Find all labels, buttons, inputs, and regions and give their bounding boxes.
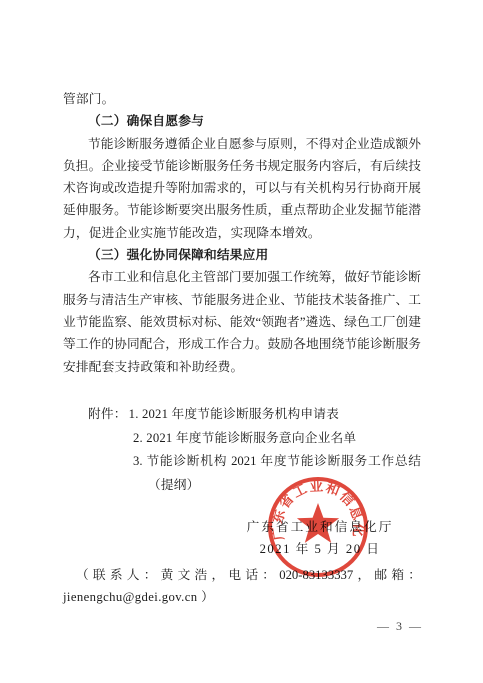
body-line: 节能诊断服务遵循企业自愿参与原则，不得对企业造成额外 xyxy=(63,133,421,155)
body-line: 术咨询或改造提升等附加需求的，可以与有关机构另行协商开展 xyxy=(63,177,421,199)
attachments-list: 附件：1. 2021 年度节能诊断服务机构申请表 2. 2021 年度节能诊断服… xyxy=(63,403,421,498)
signature-block: 广东省工业和信息化厅 2021 年 5 月 20 日 xyxy=(220,517,420,560)
attachment-item-3-continuation: （提纲） xyxy=(63,474,421,498)
attachment-item-2: 2. 2021 年度节能诊断服务意向企业名单 xyxy=(63,427,421,451)
contact-info: （联系人：黄文浩，电话：020-83133337，邮箱： jienengchu@… xyxy=(63,564,421,608)
body-line: 等工作的协同配合，形成工作合力。鼓励各地围绕节能诊断服务 xyxy=(63,333,421,355)
attachments-label: 附件： xyxy=(88,403,127,427)
section-heading-2: （二）确保自愿参与 xyxy=(63,110,421,132)
attachment-item-1: 1. 2021 年度节能诊断服务机构申请表 xyxy=(129,407,339,421)
page-number: — 3 — xyxy=(377,619,423,634)
contact-email-line: jienengchu@gdei.gov.cn ） xyxy=(63,586,421,608)
issuing-organization: 广东省工业和信息化厅 xyxy=(220,517,420,539)
attachment-row-1: 附件：1. 2021 年度节能诊断服务机构申请表 xyxy=(63,403,421,427)
section-heading-3: （三）强化协同保障和结果应用 xyxy=(63,244,421,266)
body-line: 延伸服务。节能诊断要突出服务性质，重点帮助企业发掘节能潜 xyxy=(63,199,421,221)
body-line: 管部门。 xyxy=(63,88,421,110)
document-page: 管部门。 （二）确保自愿参与 节能诊断服务遵循企业自愿参与原则，不得对企业造成额… xyxy=(0,0,483,683)
body-text: 管部门。 （二）确保自愿参与 节能诊断服务遵循企业自愿参与原则，不得对企业造成额… xyxy=(63,88,421,378)
body-line: 负担。企业接受节能诊断服务任务书规定服务内容后，有后续技 xyxy=(63,155,421,177)
body-line: 各市工业和信息化主管部门要加强工作统筹，做好节能诊断 xyxy=(63,266,421,288)
contact-line: （联系人：黄文浩，电话：020-83133337，邮箱： xyxy=(63,564,421,586)
issue-date: 2021 年 5 月 20 日 xyxy=(220,539,420,561)
body-line: 安排配套支持政策和补助经费。 xyxy=(63,356,421,378)
body-line: 力，促进企业实施节能改造，实现降本增效。 xyxy=(63,222,421,244)
attachment-item-3: 3. 节能诊断机构 2021 年度节能诊断服务工作总结 xyxy=(63,450,421,474)
body-line: 服务与清洁生产审核、节能服务进企业、节能技术装备推广、工 xyxy=(63,289,421,311)
body-line: 业节能监察、能效贯标对标、能效“领跑者”遴选、绿色工厂创建 xyxy=(63,311,421,333)
